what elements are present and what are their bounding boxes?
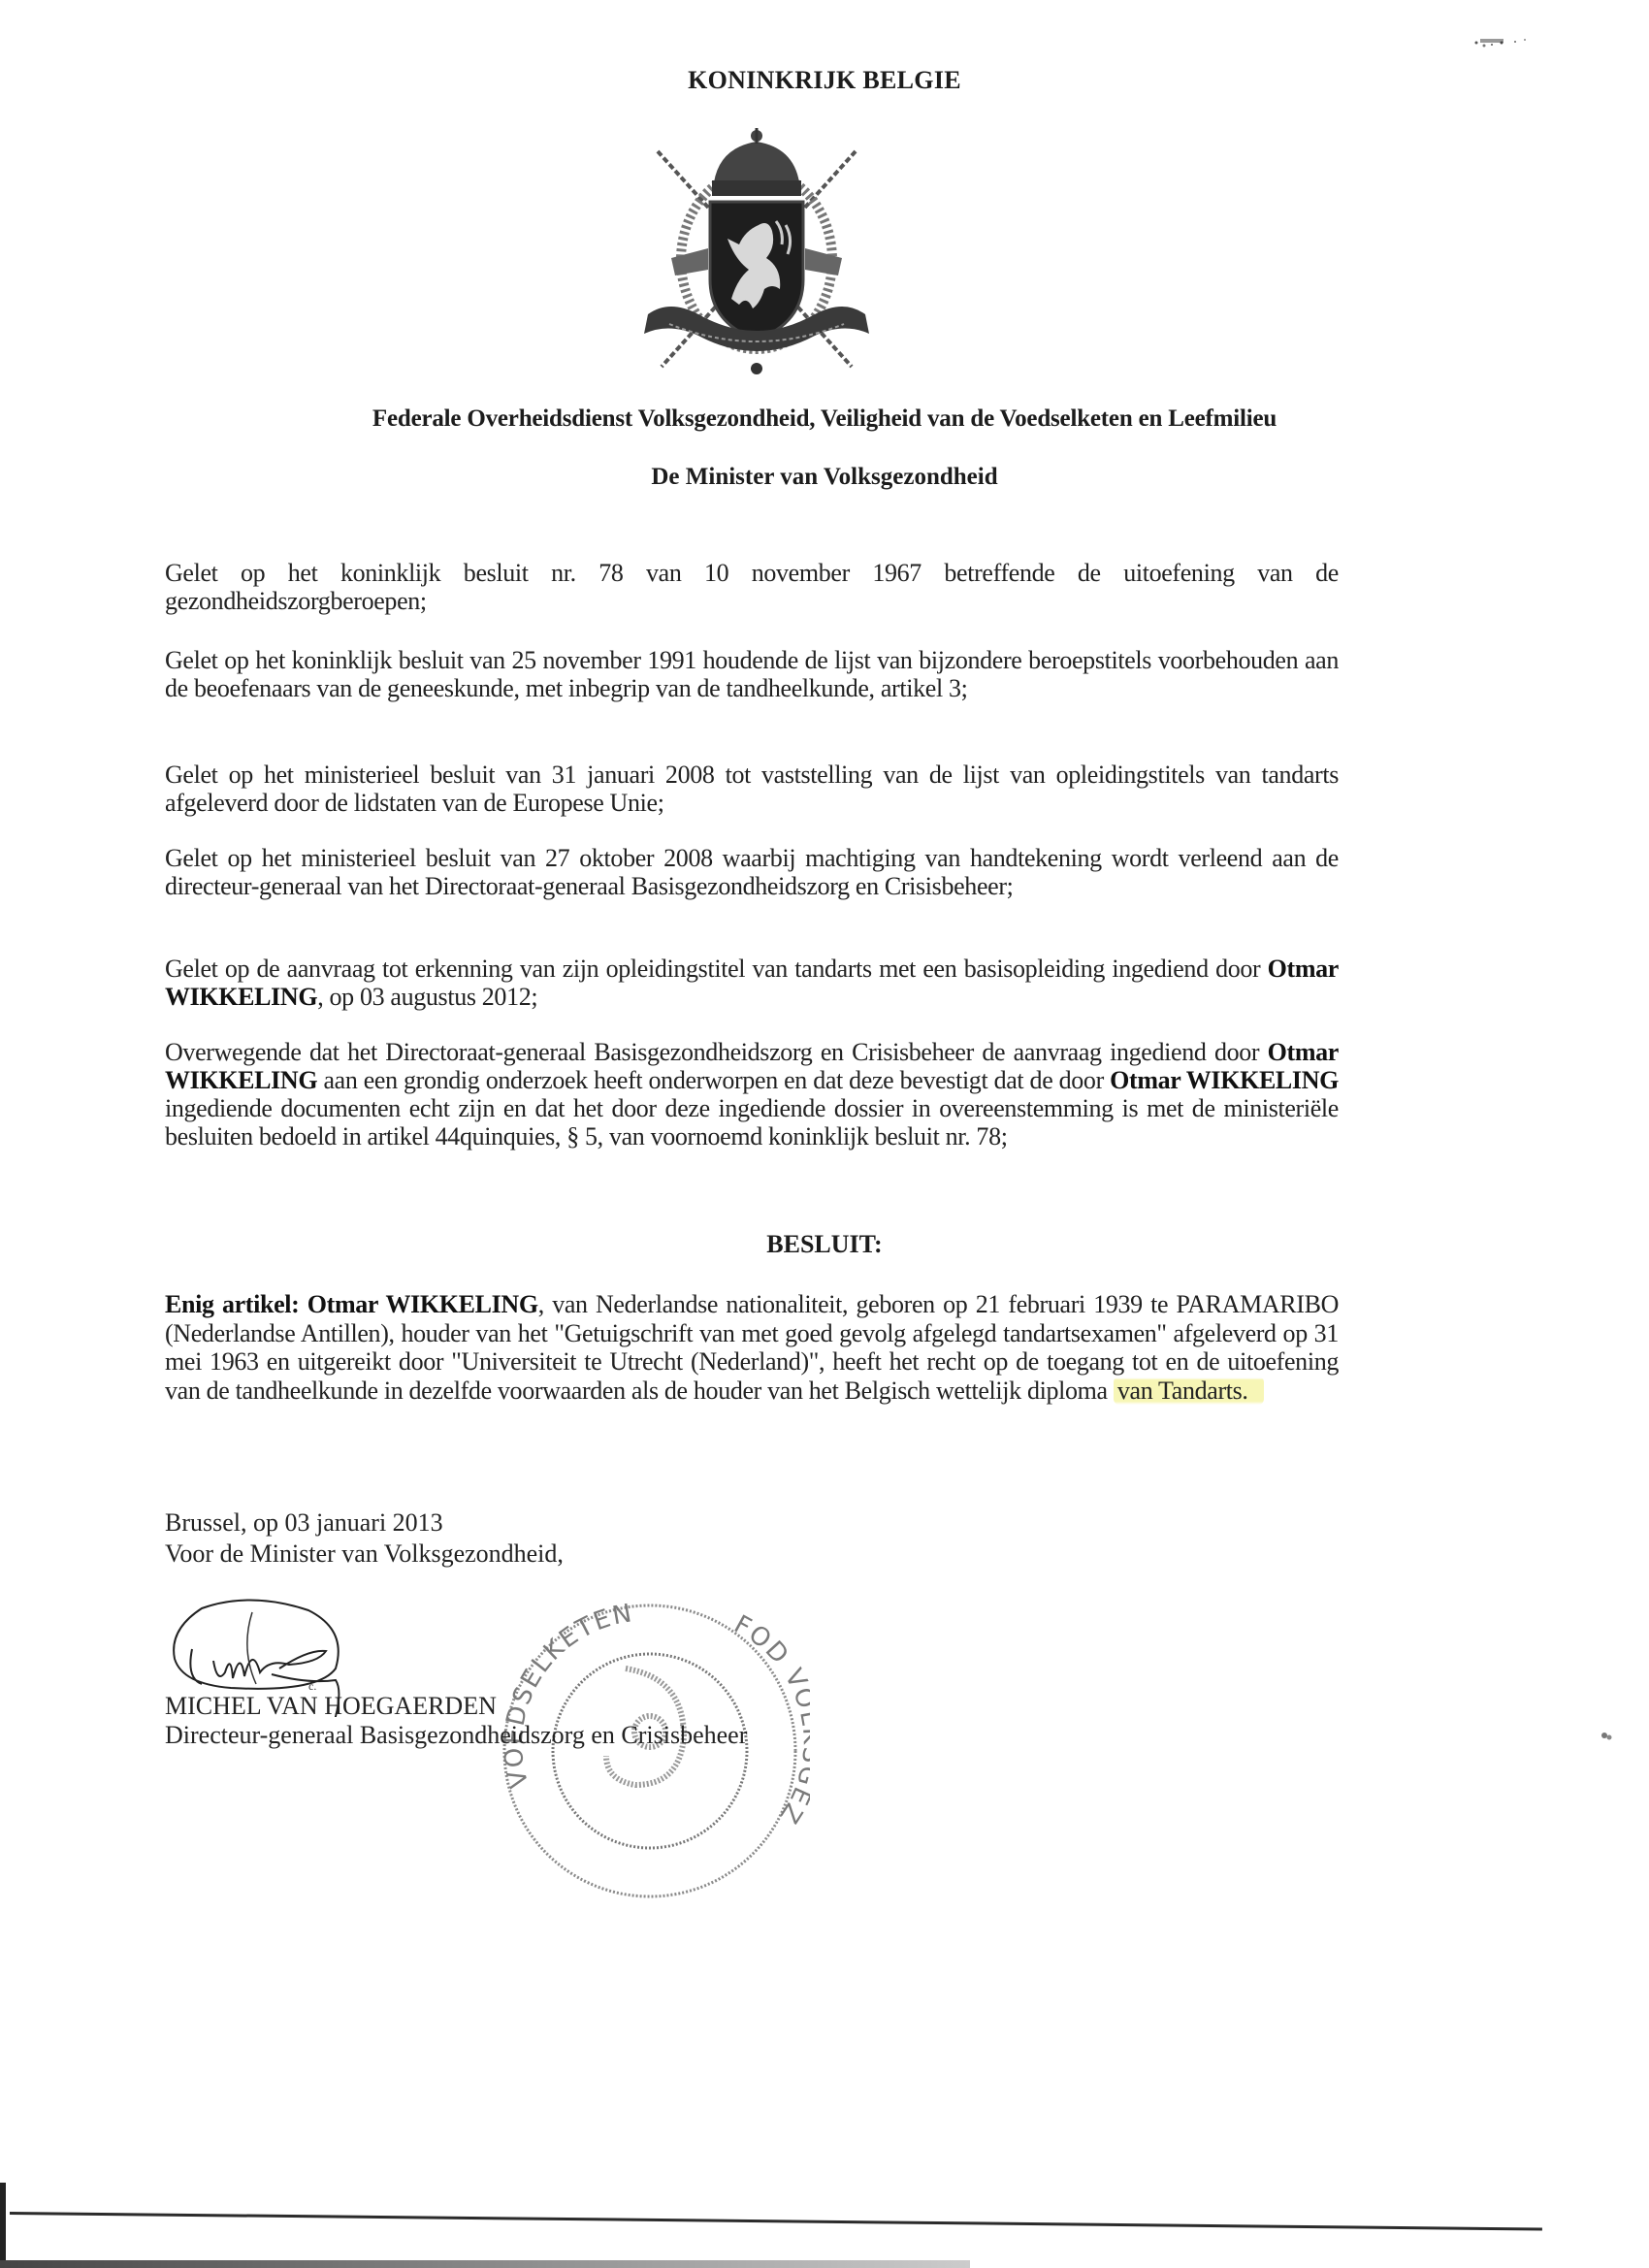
minister-title: De Minister van Volksgezondheid xyxy=(0,464,1649,491)
scan-smudge-icon xyxy=(1472,37,1540,50)
bold-name: Enig artikel: Otmar WIKKELING xyxy=(165,1290,538,1318)
recital-paragraph: Gelet op het koninklijk besluit van 25 n… xyxy=(165,646,1339,702)
on-behalf-of: Voor de Minister van Volksgezondheid, xyxy=(165,1539,564,1569)
highlighted-text: van Tandarts. xyxy=(1114,1377,1264,1405)
belgian-coat-of-arms-icon xyxy=(630,124,883,378)
svg-text:FOD VOLKSGEZ: FOD VOLKSGEZ xyxy=(729,1610,810,1831)
scan-edge xyxy=(0,2183,6,2268)
signer-name: MICHEL VAN HOEGAERDEN xyxy=(165,1692,497,1721)
document-country-title: KONINKRIJK BELGIE xyxy=(0,66,1649,95)
svg-text:VOEDSELKETEN: VOEDSELKETEN xyxy=(500,1599,636,1791)
place-date: Brussel, op 03 januari 2013 xyxy=(165,1508,443,1538)
recital-paragraph: Gelet op de aanvraag tot erkenning van z… xyxy=(165,955,1339,1011)
recital-paragraph: Gelet op het ministerieel besluit van 31… xyxy=(165,761,1339,817)
scan-edge xyxy=(0,2260,970,2268)
page-bottom-rule xyxy=(10,2212,1542,2231)
consideration-paragraph: Overwegende dat het Directoraat-generaal… xyxy=(165,1038,1339,1150)
scan-smudge-icon xyxy=(1599,1730,1618,1743)
bold-name: Otmar WIKKELING xyxy=(1110,1066,1339,1094)
recital-paragraph: Gelet op het ministerieel besluit van 27… xyxy=(165,844,1339,900)
recital-paragraph: Gelet op het koninklijk besluit nr. 78 v… xyxy=(165,559,1339,615)
decision-article: Enig artikel: Otmar WIKKELING, van Neder… xyxy=(165,1290,1339,1405)
official-round-stamp-icon: VOEDSELKETEN FOD VOLKSGEZ xyxy=(490,1591,810,1911)
decision-heading: BESLUIT: xyxy=(0,1230,1649,1259)
agency-name: Federale Overheidsdienst Volksgezondheid… xyxy=(0,405,1649,433)
signer-title: Directeur-generaal Basisgezondheidszorg … xyxy=(165,1721,747,1750)
svg-text:c.: c. xyxy=(308,1679,316,1693)
